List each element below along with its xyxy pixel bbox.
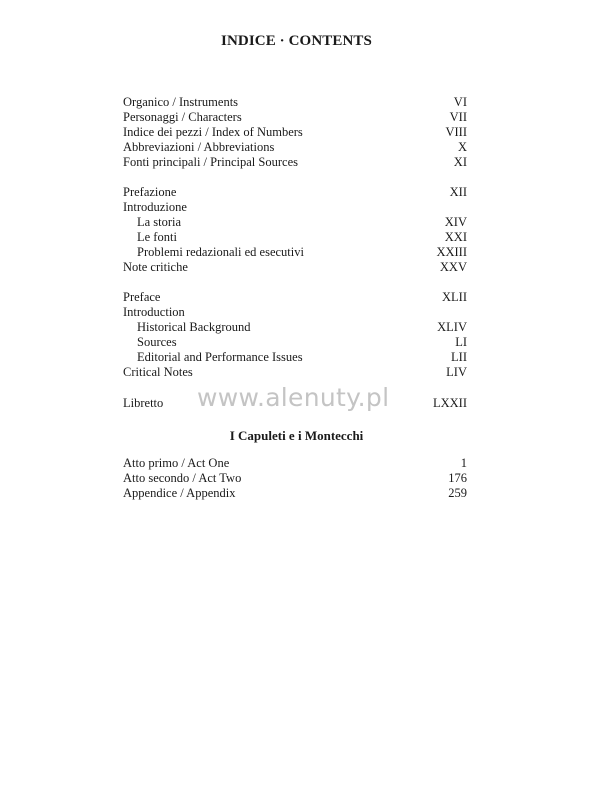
toc-entry: Atto primo / Act One1 [123, 456, 467, 471]
toc-entry: PrefaceXLII [123, 290, 467, 305]
toc-entry: Atto secondo / Act Two176 [123, 471, 467, 486]
toc-entry-label: Editorial and Performance Issues [123, 350, 303, 365]
toc-entry-label: Le fonti [123, 230, 177, 245]
toc-entry-label: La storia [123, 215, 181, 230]
toc-entry-label: Appendice / Appendix [123, 486, 235, 501]
toc-entry: Organico / InstrumentsVI [123, 95, 467, 110]
watermark: www.alenuty.pl [197, 383, 389, 412]
toc-entry: Problemi redazionali ed esecutiviXXIII [123, 245, 467, 260]
toc-entry-page: XLII [442, 290, 467, 305]
toc-entry-page: LI [455, 335, 467, 350]
toc-entry-label: Fonti principali / Principal Sources [123, 155, 298, 170]
toc-entry-page: XXIII [436, 245, 467, 260]
toc-entry-label: Introduzione [123, 200, 187, 215]
toc-entry-page: XXV [440, 260, 467, 275]
work-title: I Capuleti e i Montecchi [0, 428, 593, 444]
toc-entry: Introduzione [123, 200, 467, 215]
toc-entry-label: Atto primo / Act One [123, 456, 229, 471]
toc-entry-page: 1 [461, 456, 467, 471]
toc-entry: Introduction [123, 305, 467, 320]
toc-entry: SourcesLI [123, 335, 467, 350]
toc-entry: Critical NotesLIV [123, 365, 467, 380]
toc-entry-page: LII [451, 350, 467, 365]
toc-entry-page: XII [450, 185, 467, 200]
toc-entry-label: Personaggi / Characters [123, 110, 242, 125]
toc-entry: Fonti principali / Principal SourcesXI [123, 155, 467, 170]
toc-entry-page: 259 [448, 486, 467, 501]
toc-entry-page: XIV [445, 215, 467, 230]
toc-entry-page: XI [454, 155, 467, 170]
toc-entry-label: Abbreviazioni / Abbreviations [123, 140, 274, 155]
toc-entry: Abbreviazioni / AbbreviationsX [123, 140, 467, 155]
toc-entry: Appendice / Appendix259 [123, 486, 467, 501]
toc-entry: Personaggi / CharactersVII [123, 110, 467, 125]
page-title: INDICE · CONTENTS [0, 33, 593, 50]
toc-entry-page: VI [454, 95, 467, 110]
toc-entry: Editorial and Performance IssuesLII [123, 350, 467, 365]
toc-entry-label: Note critiche [123, 260, 188, 275]
toc-section-score: Atto primo / Act One1Atto secondo / Act … [123, 456, 467, 501]
toc-entry: PrefazioneXII [123, 185, 467, 200]
toc-section-english: PrefaceXLIIIntroductionHistorical Backgr… [123, 290, 467, 380]
toc-entry: Historical BackgroundXLIV [123, 320, 467, 335]
toc-entry-page: X [458, 140, 467, 155]
toc-entry-page: VIII [445, 125, 467, 140]
toc-entry-page: LIV [446, 365, 467, 380]
toc-entry-page: XLIV [437, 320, 467, 335]
toc-entry-label: Critical Notes [123, 365, 193, 380]
toc-entry-label: Libretto [123, 396, 163, 411]
toc-entry: Le fontiXXI [123, 230, 467, 245]
toc-entry: Indice dei pezzi / Index of NumbersVIII [123, 125, 467, 140]
toc-entry-label: Historical Background [123, 320, 251, 335]
toc-entry-label: Sources [123, 335, 177, 350]
toc-entry-page: 176 [448, 471, 467, 486]
toc-section-front-matter: Organico / InstrumentsVIPersonaggi / Cha… [123, 95, 467, 170]
toc-entry-label: Problemi redazionali ed esecutivi [123, 245, 304, 260]
toc-entry-label: Introduction [123, 305, 185, 320]
toc-entry-label: Atto secondo / Act Two [123, 471, 241, 486]
toc-entry-page: LXXII [433, 396, 467, 411]
toc-entry-page: VII [450, 110, 467, 125]
toc-entry-label: Prefazione [123, 185, 176, 200]
toc-entry-label: Organico / Instruments [123, 95, 238, 110]
toc-entry: Note criticheXXV [123, 260, 467, 275]
toc-section-italian: PrefazioneXIIIntroduzioneLa storiaXIVLe … [123, 185, 467, 275]
toc-entry-label: Preface [123, 290, 160, 305]
toc-entry: La storiaXIV [123, 215, 467, 230]
toc-entry-label: Indice dei pezzi / Index of Numbers [123, 125, 303, 140]
toc-entry-page: XXI [445, 230, 467, 245]
